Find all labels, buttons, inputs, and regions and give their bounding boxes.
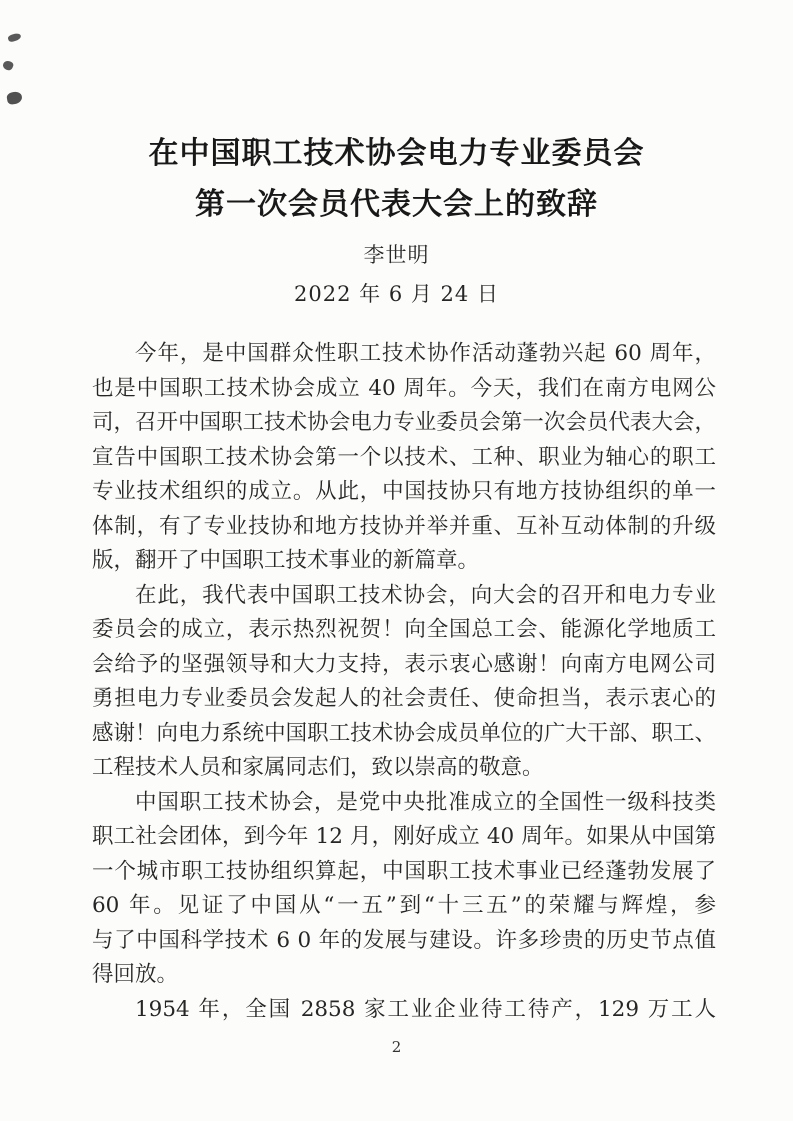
scanned-document-page: 在中国职工技术协会电力专业委员会 第一次会员代表大会上的致辞 李世明 2022 … [0,0,793,1121]
body-text-line: 司，召开中国职工技术协会电力专业委员会第一次会员代表大会， [92,406,716,441]
body-text-line: 职工社会团体，到今年 12 月，刚好成立 40 周年。如果从中国第 [92,820,716,855]
body-text-line: 专业技术组织的成立。从此，中国技协只有地方技协组织的单一 [92,475,716,510]
body-text-line: 宣告中国职工技术协会第一个以技术、工种、职业为轴心的职工 [92,441,716,476]
ink-smudge-icon [7,32,22,43]
body-text-line: 会给予的坚强领导和大力支持，表示衷心感谢！向南方电网公司 [92,648,716,683]
body-text-line: 得回放。 [92,958,716,993]
document-body: 今年，是中国群众性职工技术协作活动蓬勃兴起 60 周年， 也是中国职工技术协会成… [92,337,716,1027]
body-text-line: 与了中国科学技术 6 0 年的发展与建设。许多珍贵的历史节点值 [92,924,716,959]
body-text-line: 勇担电力专业委员会发起人的社会责任、使命担当，表示衷心的 [92,682,716,717]
ink-smudge-icon [6,91,23,105]
body-text-line: 一个城市职工技协组织算起，中国职工技术事业已经蓬勃发展了 [92,855,716,890]
body-text-line: 工程技术人员和家属同志们，致以崇高的敬意。 [92,751,716,786]
document-date: 2022 年 6 月 24 日 [0,278,793,308]
document-title: 在中国职工技术协会电力专业委员会 第一次会员代表大会上的致辞 [0,128,793,230]
body-text-line: 中国职工技术协会，是党中央批准成立的全国性一级科技类 [92,786,716,821]
body-text-line: 1954 年，全国 2858 家工业企业待工待产，129 万工人 80% [92,993,716,1028]
body-text-line: 今年，是中国群众性职工技术协作活动蓬勃兴起 60 周年， [92,337,716,372]
body-text-line: 在此，我代表中国职工技术协会，向大会的召开和电力专业 [92,579,716,614]
body-text-line: 版，翻开了中国职工技术事业的新篇章。 [92,544,716,579]
document-title-line-2: 第一次会员代表大会上的致辞 [0,179,793,230]
body-text-line: 体制，有了专业技协和地方技协并举并重、互补互动体制的升级 [92,510,716,545]
body-text-line: 60 年。见证了中国从“一五”到“十三五”的荣耀与辉煌，参 [92,889,716,924]
body-text-line: 也是中国职工技术协会成立 40 周年。今天，我们在南方电网公 [92,372,716,407]
body-text-line: 委员会的成立，表示热烈祝贺！向全国总工会、能源化学地质工 [92,613,716,648]
ink-smudge-icon [2,59,15,71]
body-text-line: 感谢！向电力系统中国职工技术协会成员单位的广大干部、职工、 [92,717,716,752]
author-name: 李世明 [0,239,793,269]
page-number: 2 [0,1038,793,1056]
document-title-line-1: 在中国职工技术协会电力专业委员会 [0,128,793,179]
